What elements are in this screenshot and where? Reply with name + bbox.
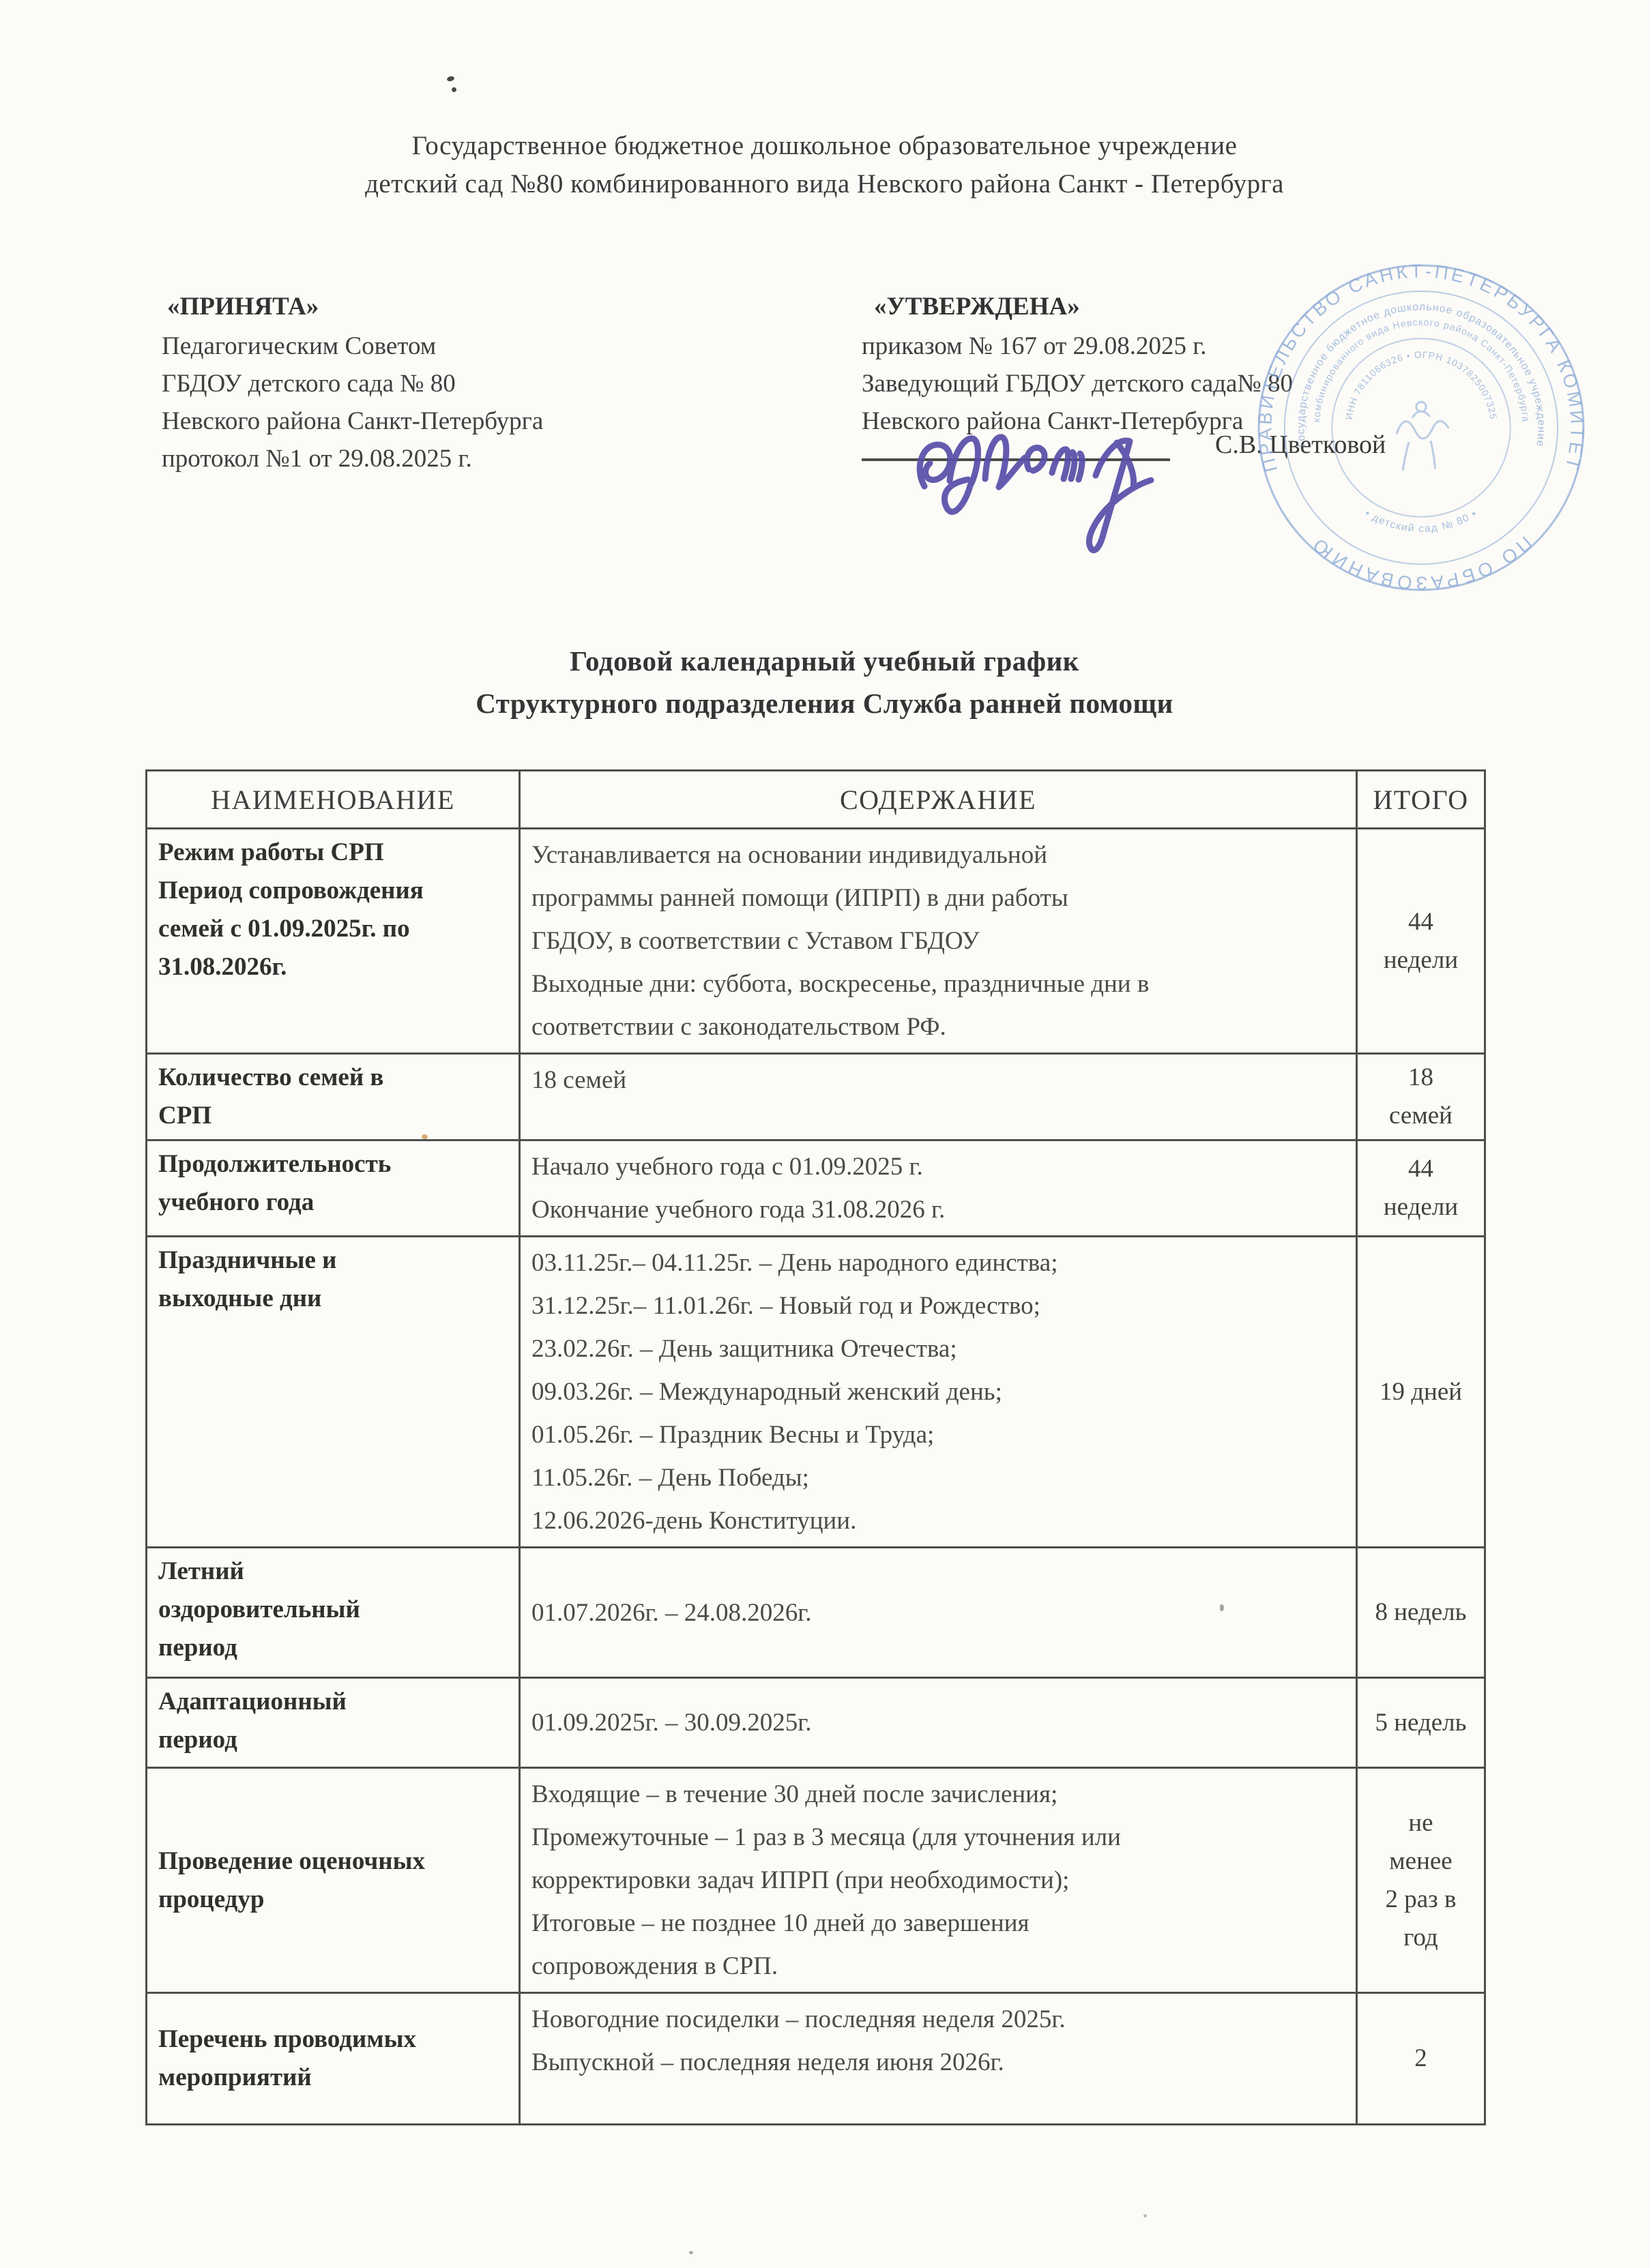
document-page: Государственное бюджетное дошкольное обр… <box>0 0 1649 2268</box>
row-total: 18 семей <box>1357 1054 1485 1140</box>
svg-text:ПО ОБРАЗОВАНИЮ: ПО ОБРАЗОВАНИЮ <box>1307 532 1536 594</box>
stamp-inner-circle <box>1332 338 1510 516</box>
row-name: Перечень проводимых мероприятий <box>147 1993 520 2125</box>
row-content: 18 семей <box>520 1054 1357 1140</box>
document-title-line2: Структурного подразделения Служба ранней… <box>0 682 1649 724</box>
table-row: Праздничные и выходные дни 03.11.25г.– 0… <box>147 1237 1485 1548</box>
table-row: Режим работы СРП Период сопровождения се… <box>147 829 1485 1054</box>
signature-row: С.В. Цветковой <box>862 430 1448 484</box>
row-total: 44 недели <box>1357 1140 1485 1237</box>
row-total: 8 недель <box>1357 1548 1485 1678</box>
stamp-ids-text: ИНН 7811066326 • ОГРН 1037825007325 <box>1344 350 1499 421</box>
header-itogo: ИТОГО <box>1357 771 1485 829</box>
org-header: Государственное бюджетное дошкольное обр… <box>0 127 1649 203</box>
schedule-table-wrap: НАИМЕНОВАНИЕ СОДЕРЖАНИЕ ИТОГО Режим рабо… <box>145 769 1484 2125</box>
signature-underline <box>862 458 1170 461</box>
official-round-stamp: ПРАВИТЕЛЬСТВО САНКТ-ПЕТЕРБУРГА КОМИТЕТ П… <box>1254 261 1588 595</box>
header-naimenovanie: НАИМЕНОВАНИЕ <box>147 771 520 829</box>
row-total: 2 <box>1357 1993 1485 2125</box>
header-soderzhanie: СОДЕРЖАНИЕ <box>520 771 1357 829</box>
document-title: Годовой календарный учебный график Струк… <box>0 640 1649 724</box>
stamp-outer-circle <box>1259 265 1584 590</box>
org-header-line2: детский сад №80 комбинированного вида Не… <box>0 165 1649 203</box>
scan-artifact <box>452 87 456 92</box>
row-content: Входящие – в течение 30 дней после зачис… <box>520 1768 1357 1993</box>
row-name: Количество семей в СРП <box>147 1054 520 1140</box>
row-total: 5 недель <box>1357 1678 1485 1768</box>
scan-artifact <box>689 2251 693 2254</box>
approved-details: приказом № 167 от 29.08.2025 г. Заведующ… <box>862 327 1293 440</box>
accepted-details: Педагогическим Советом ГБДОУ детского са… <box>162 327 543 477</box>
row-total: 19 дней <box>1357 1237 1485 1548</box>
approved-block: «УТВЕРЖДЕНА» приказом № 167 от 29.08.202… <box>862 288 1293 440</box>
table-header-row: НАИМЕНОВАНИЕ СОДЕРЖАНИЕ ИТОГО <box>147 771 1485 829</box>
row-content: 03.11.25г.– 04.11.25г. – День народного … <box>520 1237 1357 1548</box>
row-name: Проведение оценочных процедур <box>147 1768 520 1993</box>
row-name: Режим работы СРП Период сопровождения се… <box>147 829 520 1054</box>
table-row: Адаптационный период 01.09.2025г. – 30.0… <box>147 1678 1485 1768</box>
row-content: 01.09.2025г. – 30.09.2025г. <box>520 1678 1357 1768</box>
row-total: 44 недели <box>1357 829 1485 1054</box>
row-total: не менее 2 раз в год <box>1357 1768 1485 1993</box>
row-name: Адаптационный период <box>147 1678 520 1768</box>
table-row: Проведение оценочных процедур Входящие –… <box>147 1768 1485 1993</box>
row-content: Начало учебного года с 01.09.2025 г. Око… <box>520 1140 1357 1237</box>
svg-text:• детский сад № 80 •: • детский сад № 80 • <box>1362 507 1479 535</box>
table-row: Продолжительность учебного года Начало у… <box>147 1140 1485 1237</box>
stamp-org-text: Государственное бюджетное дошкольное обр… <box>1295 301 1547 448</box>
stamp-middle-circle <box>1285 291 1558 564</box>
scan-artifact <box>1143 2214 1147 2218</box>
svg-text:ИНН 7811066326 • ОГРН 10378250: ИНН 7811066326 • ОГРН 1037825007325 <box>1344 350 1499 421</box>
stamp-bottom-text: • детский сад № 80 • <box>1362 507 1479 535</box>
row-content: 01.07.2026г. – 24.08.2026г. <box>520 1548 1357 1678</box>
row-name: Летний оздоровительный период <box>147 1548 520 1678</box>
org-header-line1: Государственное бюджетное дошкольное обр… <box>0 127 1649 165</box>
accepted-block: «ПРИНЯТА» Педагогическим Советом ГБДОУ д… <box>162 288 543 477</box>
schedule-table: НАИМЕНОВАНИЕ СОДЕРЖАНИЕ ИТОГО Режим рабо… <box>145 769 1486 2125</box>
stamp-kind-text: комбинированного вида Невского района Са… <box>1311 317 1531 423</box>
svg-text:Государственное бюджетное дошк: Государственное бюджетное дошкольное обр… <box>1295 301 1547 448</box>
approved-title: «УТВЕРЖДЕНА» <box>862 288 1293 325</box>
signatory-name: С.В. Цветковой <box>1215 430 1386 460</box>
row-content: Новогодние посиделки – последняя неделя … <box>520 1993 1357 2125</box>
table-row: Количество семей в СРП 18 семей 18 семей <box>147 1054 1485 1140</box>
stamp-outer-text-bottom: ПО ОБРАЗОВАНИЮ <box>1307 532 1536 594</box>
row-name: Продолжительность учебного года <box>147 1140 520 1237</box>
row-name: Праздничные и выходные дни <box>147 1237 520 1548</box>
row-content: Устанавливается на основании индивидуаль… <box>520 829 1357 1054</box>
svg-text:комбинированного вида Невского: комбинированного вида Невского района Са… <box>1311 317 1531 423</box>
table-row: Летний оздоровительный период 01.07.2026… <box>147 1548 1485 1678</box>
accepted-title: «ПРИНЯТА» <box>162 288 543 325</box>
document-title-line1: Годовой календарный учебный график <box>0 640 1649 682</box>
scan-artifact <box>446 76 454 83</box>
table-row: Перечень проводимых мероприятий Новогодн… <box>147 1993 1485 2125</box>
